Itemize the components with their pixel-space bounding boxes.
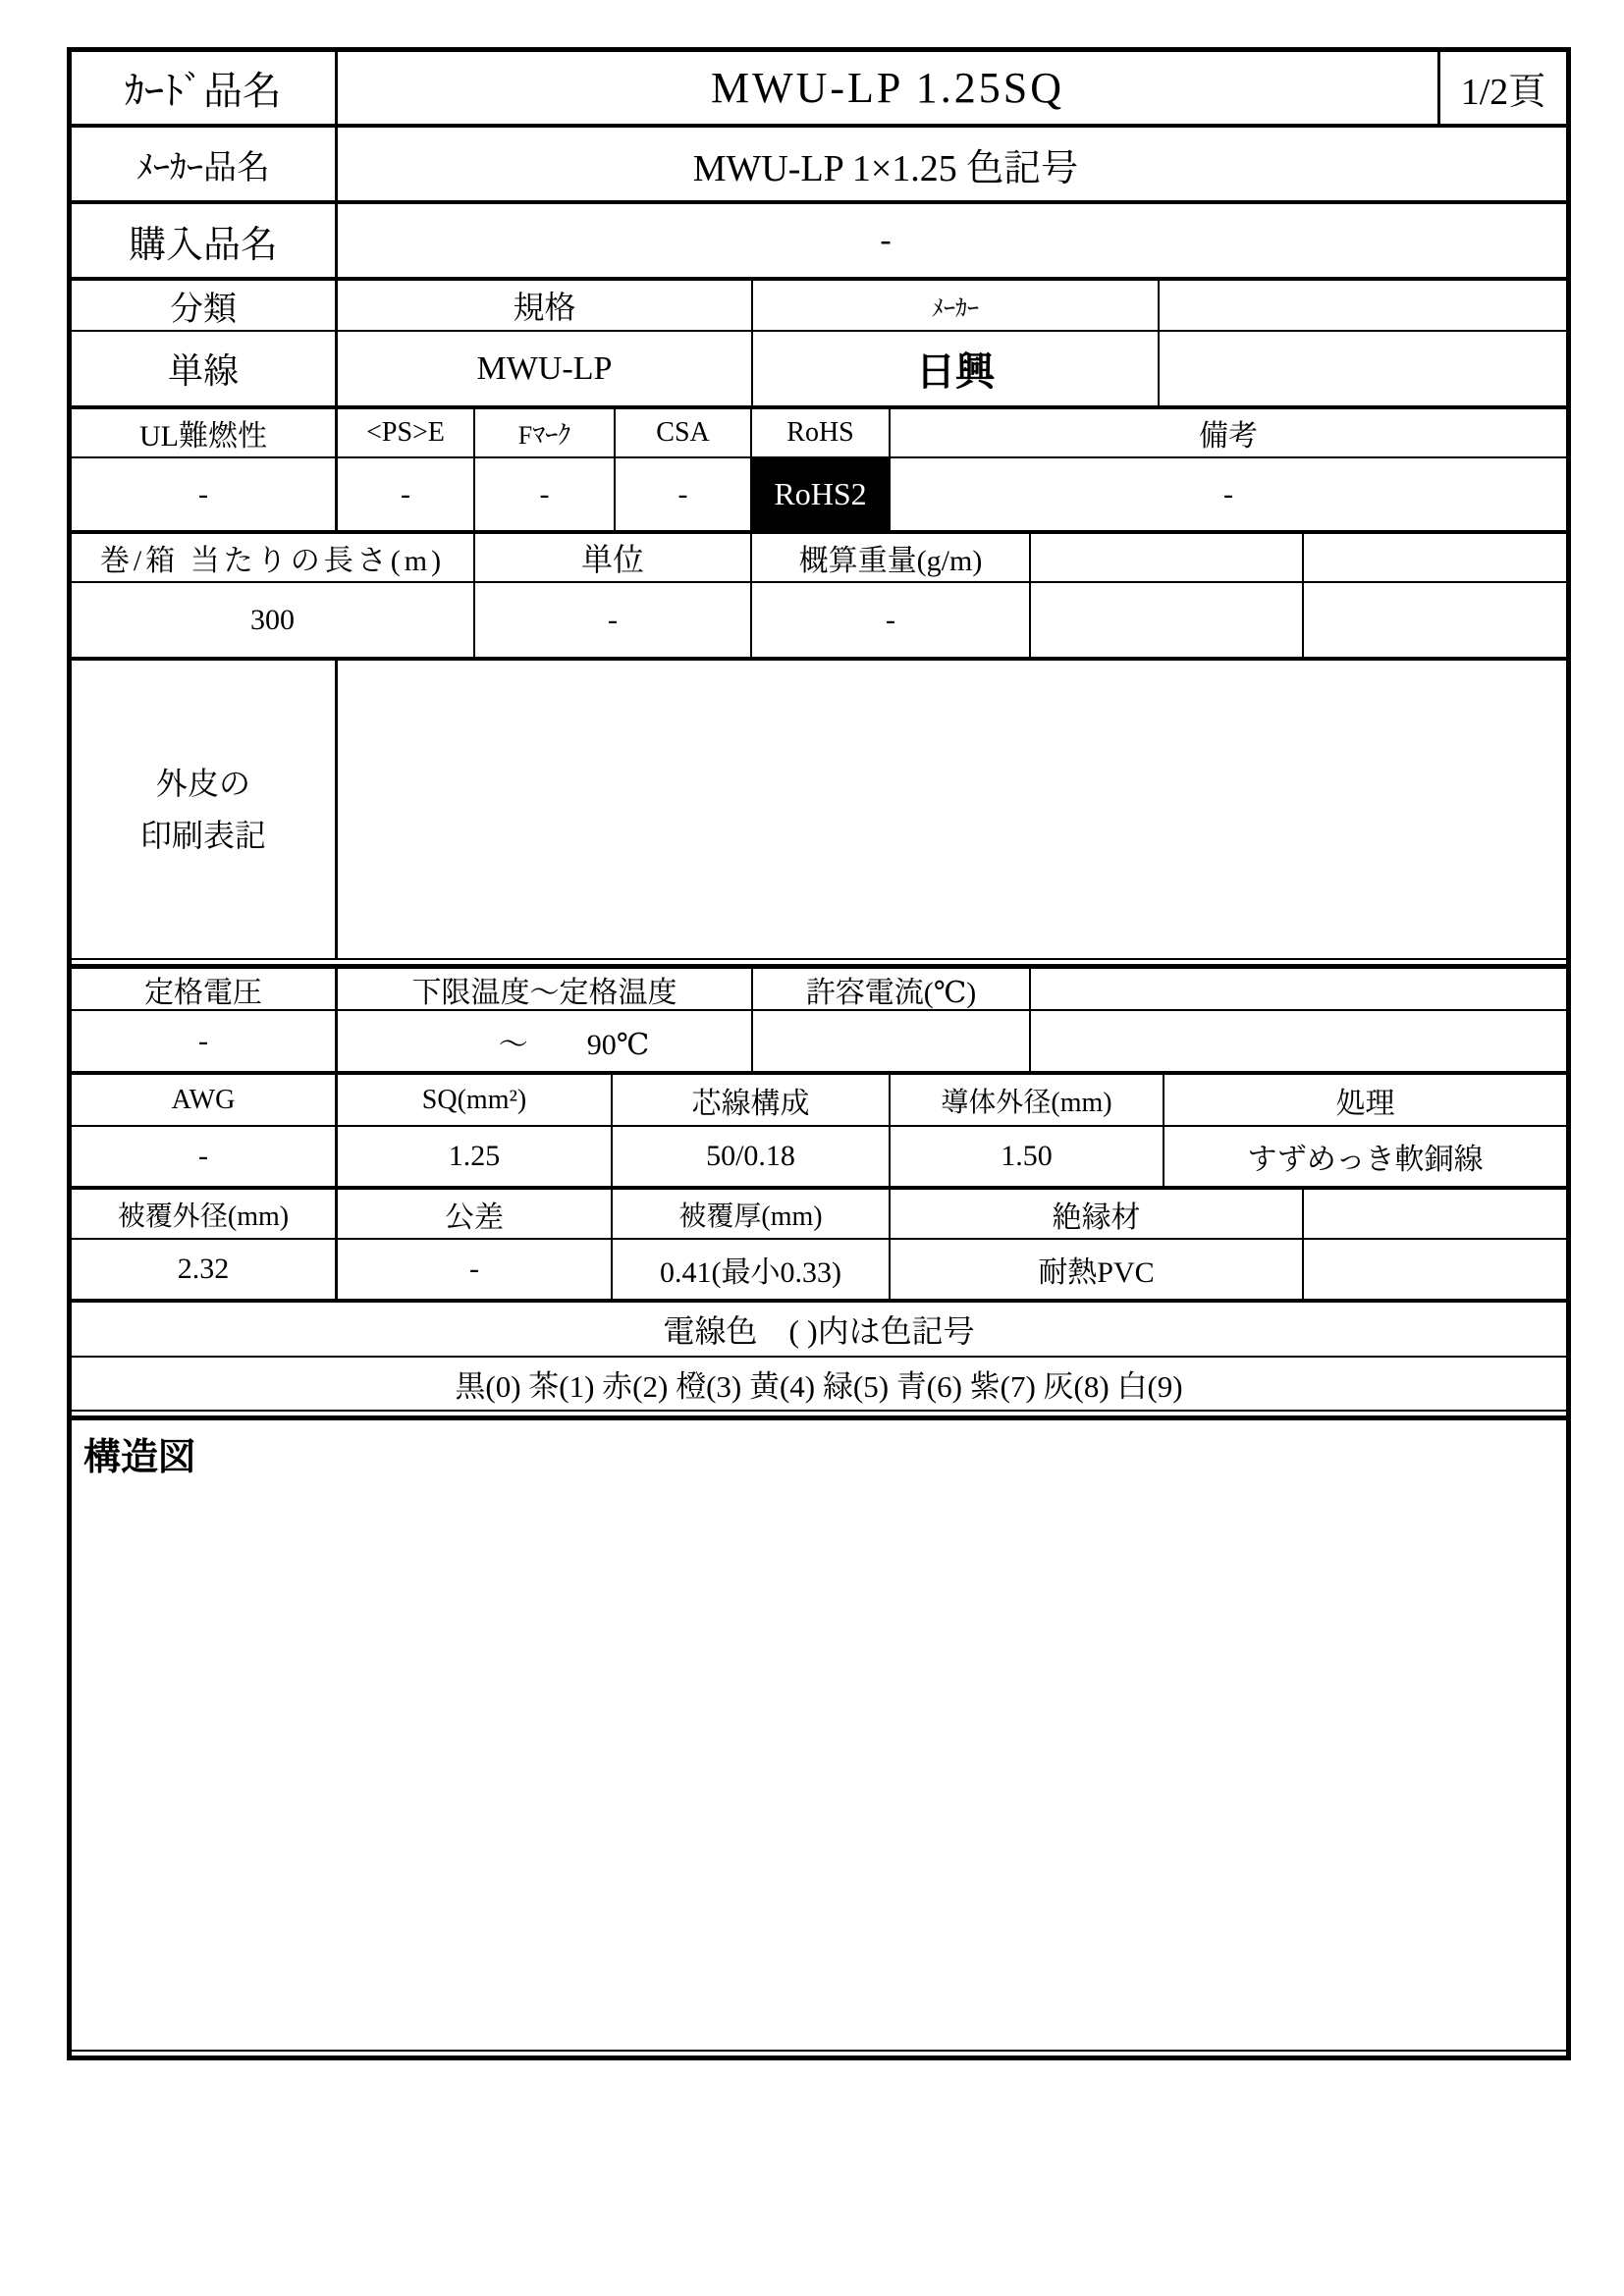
allowable-current-header: 許容電流(℃) <box>753 969 1031 1009</box>
purchase-name-label: 購入品名 <box>72 204 338 277</box>
wire-color-title: 電線色 ( )内は色記号 <box>72 1303 1566 1356</box>
rohs-status-badge: RoHS2 <box>752 458 891 530</box>
rated-voltage-value: - <box>72 1011 338 1071</box>
unit-value: - <box>475 583 752 657</box>
strand-structure-value: 50/0.18 <box>613 1127 891 1186</box>
ul-flammability-header: UL難燃性 <box>72 409 338 456</box>
insulation-header: 絶縁材 <box>891 1190 1304 1238</box>
maker-header: ﾒｰｶｰ <box>753 281 1160 330</box>
coating-extra-header <box>1304 1190 1566 1238</box>
allowable-current-value <box>753 1011 1031 1071</box>
remarks-header: 備考 <box>891 409 1566 456</box>
purchase-name-value: - <box>338 204 1566 277</box>
packaging-extra-value-1 <box>1031 583 1304 657</box>
packaging-extra-header-2 <box>1304 534 1566 581</box>
spec-sheet-table: ｶｰﾄﾞ品名 MWU-LP 1.25SQ 1/2頁 ﾒｰｶｰ品名 MWU-LP … <box>67 47 1571 2060</box>
row-certifications-header: UL難燃性 <PS>E Fﾏｰｸ CSA RoHS 備考 <box>72 409 1566 458</box>
csa-header: CSA <box>616 409 752 456</box>
insulation-value: 耐熱PVC <box>891 1240 1304 1299</box>
length-per-reel-header: 巻/箱 当たりの長さ(m) <box>72 534 475 581</box>
sq-value: 1.25 <box>338 1127 613 1186</box>
f-mark-header: Fﾏｰｸ <box>475 409 616 456</box>
row-packaging-header: 巻/箱 当たりの長さ(m) 単位 概算重量(g/m) <box>72 534 1566 583</box>
spec-header: 規格 <box>338 281 753 330</box>
classification-label: 分類 <box>72 281 338 330</box>
coating-extra-value <box>1304 1240 1566 1299</box>
row-certifications-value: - - - - RoHS2 - <box>72 458 1566 534</box>
sheath-print-label: 外皮の 印刷表記 <box>72 661 338 958</box>
classification-extra-header <box>1160 281 1566 330</box>
row-conductor-value: - 1.25 50/0.18 1.50 すずめっき軟銅線 <box>72 1127 1566 1190</box>
conductor-od-value: 1.50 <box>891 1127 1164 1186</box>
coating-od-header: 被覆外径(mm) <box>72 1190 338 1238</box>
row-card-name: ｶｰﾄﾞ品名 MWU-LP 1.25SQ 1/2頁 <box>72 52 1566 128</box>
csa-value: - <box>616 458 752 530</box>
unit-header: 単位 <box>475 534 752 581</box>
strand-structure-header: 芯線構成 <box>613 1075 891 1125</box>
packaging-extra-value-2 <box>1304 583 1566 657</box>
pse-mark-header: <PS>E <box>338 409 475 456</box>
packaging-extra-header-1 <box>1031 534 1304 581</box>
length-per-reel-value: 300 <box>72 583 475 657</box>
card-name-value: MWU-LP 1.25SQ <box>338 52 1440 124</box>
spec-value: MWU-LP <box>338 332 753 405</box>
rohs-header: RoHS <box>752 409 891 456</box>
awg-header: AWG <box>72 1075 338 1125</box>
maker-name-label: ﾒｰｶｰ品名 <box>72 128 338 200</box>
treatment-header: 処理 <box>1164 1075 1566 1125</box>
row-classification-header: 分類 規格 ﾒｰｶｰ <box>72 281 1566 332</box>
awg-value: - <box>72 1127 338 1186</box>
row-sheath-print: 外皮の 印刷表記 <box>72 661 1566 960</box>
row-wire-color-title: 電線色 ( )内は色記号 <box>72 1303 1566 1358</box>
approx-weight-header: 概算重量(g/m) <box>752 534 1031 581</box>
wire-type-value: 単線 <box>72 332 338 405</box>
classification-extra-value <box>1160 332 1566 405</box>
sheath-print-label-line2: 印刷表記 <box>140 810 266 862</box>
structure-diagram-label: 構造図 <box>72 1420 195 1480</box>
row-maker-name: ﾒｰｶｰ品名 MWU-LP 1×1.25 色記号 <box>72 128 1566 204</box>
approx-weight-value: - <box>752 583 1031 657</box>
coating-thickness-header: 被覆厚(mm) <box>613 1190 891 1238</box>
maker-name-value: MWU-LP 1×1.25 色記号 <box>338 128 1566 200</box>
row-conductor-header: AWG SQ(mm²) 芯線構成 導体外径(mm) 処理 <box>72 1075 1566 1127</box>
tolerance-value: - <box>338 1240 613 1299</box>
maker-value: 日興 <box>753 332 1160 405</box>
double-rule-gap-3 <box>72 2052 1566 2056</box>
wire-color-code-list: 黒(0) 茶(1) 赤(2) 橙(3) 黄(4) 緑(5) 青(6) 紫(7) … <box>72 1358 1566 1410</box>
ul-flammability-value: - <box>72 458 338 530</box>
pse-mark-value: - <box>338 458 475 530</box>
sheath-print-value <box>338 661 1566 958</box>
treatment-value: すずめっき軟銅線 <box>1164 1127 1566 1186</box>
f-mark-value: - <box>475 458 616 530</box>
temp-range-value: ～ 90℃ <box>338 1011 753 1071</box>
sq-header: SQ(mm²) <box>338 1075 613 1125</box>
spec-sheet-page: ｶｰﾄﾞ品名 MWU-LP 1.25SQ 1/2頁 ﾒｰｶｰ品名 MWU-LP … <box>0 0 1624 2296</box>
row-wire-color-codes: 黒(0) 茶(1) 赤(2) 橙(3) 黄(4) 緑(5) 青(6) 紫(7) … <box>72 1358 1566 1412</box>
tolerance-header: 公差 <box>338 1190 613 1238</box>
temp-range-header: 下限温度～定格温度 <box>338 969 753 1009</box>
row-coating-header: 被覆外径(mm) 公差 被覆厚(mm) 絶縁材 <box>72 1190 1566 1240</box>
coating-od-value: 2.32 <box>72 1240 338 1299</box>
coating-thickness-value: 0.41(最小0.33) <box>613 1240 891 1299</box>
row-classification-value: 単線 MWU-LP 日興 <box>72 332 1566 409</box>
page-indicator: 1/2頁 <box>1440 52 1566 124</box>
structure-diagram-box: 構造図 <box>72 1420 1566 2052</box>
rating-extra-header <box>1031 969 1566 1009</box>
conductor-od-header: 導体外径(mm) <box>891 1075 1164 1125</box>
row-coating-value: 2.32 - 0.41(最小0.33) 耐熱PVC <box>72 1240 1566 1303</box>
sheath-print-label-line1: 外皮の <box>156 758 250 810</box>
card-name-label: ｶｰﾄﾞ品名 <box>72 52 338 124</box>
row-rating-value: - ～ 90℃ <box>72 1011 1566 1075</box>
row-purchase-name: 購入品名 - <box>72 204 1566 281</box>
rating-extra-value <box>1031 1011 1566 1071</box>
row-packaging-value: 300 - - <box>72 583 1566 661</box>
remarks-value: - <box>891 458 1566 530</box>
rated-voltage-header: 定格電圧 <box>72 969 338 1009</box>
row-rating-header: 定格電圧 下限温度～定格温度 許容電流(℃) <box>72 969 1566 1011</box>
